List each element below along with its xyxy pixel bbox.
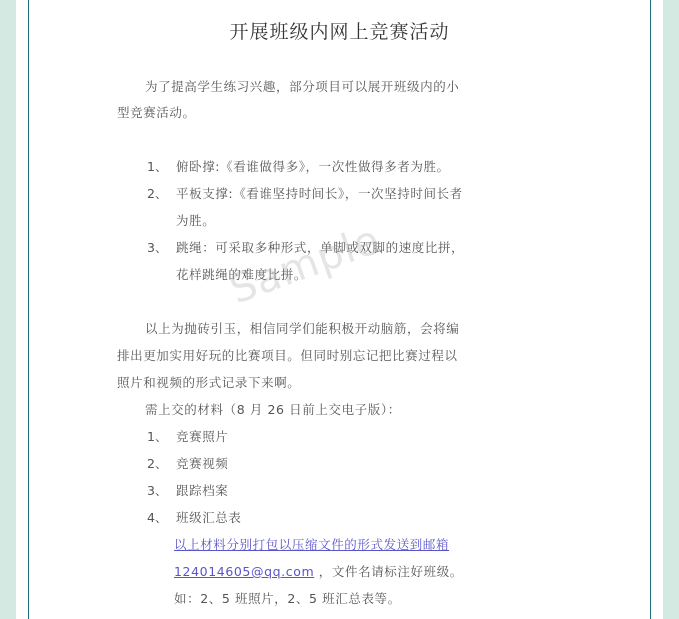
material-number: 4、 xyxy=(147,508,167,526)
paragraph2-line-3: 照片和视频的形式记录下来啊。 xyxy=(117,373,300,391)
activity-text: 平板支撑:《看谁坚持时间长》，一次坚持时间长者 xyxy=(176,184,463,202)
activity-number: 3、 xyxy=(147,238,167,256)
paragraph2-line-2: 排出更加实用好玩的比赛项目。但同时别忘记把比赛过程以 xyxy=(117,346,458,364)
document-page: 开展班级内网上竞赛活动 为了提高学生练习兴趣，部分项目可以展开班级内的小 型竞赛… xyxy=(29,0,650,619)
email-suffix: ，文件名请标注好班级。 xyxy=(319,564,463,579)
material-item: 竞赛视频 xyxy=(176,454,228,472)
materials-heading: 需上交的材料（8 月 26 日前上交电子版）： xyxy=(145,400,401,418)
right-margin-stripe xyxy=(663,0,679,619)
material-number: 2、 xyxy=(147,454,167,472)
material-number: 1、 xyxy=(147,427,167,445)
document-title: 开展班级内网上竞赛活动 xyxy=(29,17,650,44)
email-line: 124014605@qq.com ，文件名请标注好班级。 xyxy=(174,562,463,580)
activity-text: 俯卧撑:《看谁做得多》，一次性做得多者为胜。 xyxy=(176,157,450,175)
activity-text-continued: 花样跳绳的难度比拼。 xyxy=(176,265,307,283)
page-border-right xyxy=(650,0,651,619)
intro-line-2: 型竞赛活动。 xyxy=(117,103,196,121)
email-link[interactable]: 124014605@qq.com xyxy=(174,564,314,579)
material-number: 3、 xyxy=(147,481,167,499)
left-margin-stripe xyxy=(0,0,16,619)
paragraph2-line-1: 以上为抛砖引玉，相信同学们能积极开动脑筋，会将编 xyxy=(145,319,459,337)
activity-number: 2、 xyxy=(147,184,167,202)
activity-text: 跳绳：可采取多种形式，单脚或双脚的速度比拼， xyxy=(176,238,464,256)
material-item: 竞赛照片 xyxy=(176,427,228,445)
material-item: 班级汇总表 xyxy=(176,508,242,526)
intro-line-1: 为了提高学生练习兴趣，部分项目可以展开班级内的小 xyxy=(145,77,459,95)
activity-text-continued: 为胜。 xyxy=(176,211,215,229)
example-line: 如：2、5 班照片，2、5 班汇总表等。 xyxy=(174,589,401,607)
material-item: 跟踪档案 xyxy=(176,481,228,499)
submission-instructions-link[interactable]: 以上材料分别打包以压缩文件的形式发送到邮箱 xyxy=(174,535,449,553)
activity-number: 1、 xyxy=(147,157,167,175)
